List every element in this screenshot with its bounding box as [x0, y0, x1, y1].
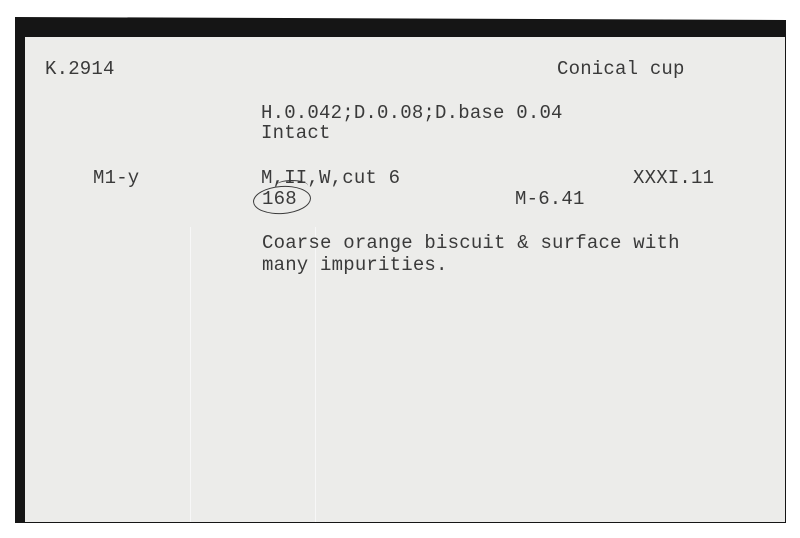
object-type: Conical cup: [557, 58, 685, 80]
description-line-1: Coarse orange biscuit & surface with: [262, 232, 680, 254]
description-line-2: many impurities.: [262, 254, 448, 276]
dimensions: H.0.042;D.0.08;D.base 0.04: [261, 102, 563, 124]
inventory-reference: M-6.41: [515, 188, 585, 210]
paper-crease: [190, 227, 191, 522]
catalog-number: K.2914: [45, 58, 115, 80]
date: XXXI.11: [633, 167, 714, 189]
condition: Intact: [261, 122, 331, 144]
grid-reference: M1-y: [93, 167, 139, 189]
